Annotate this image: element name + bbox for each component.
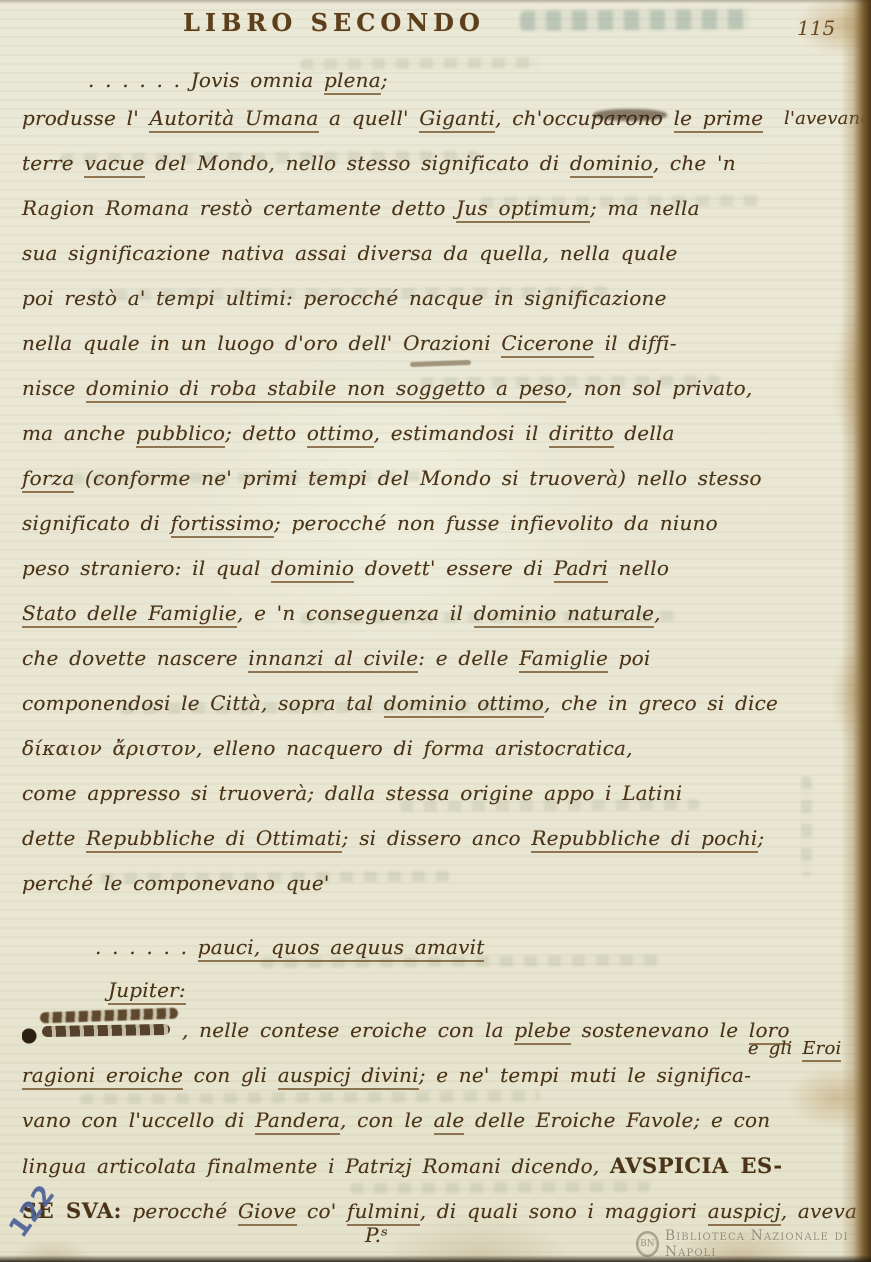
folio-number: 115	[797, 16, 835, 40]
text-run: nello	[608, 556, 669, 580]
text-run: dominio ottimo	[384, 691, 544, 718]
manuscript-line: ragioni eroiche con gli auspicj divini; …	[22, 1053, 822, 1098]
manuscript-line: , nelle contese eroiche con la plebe sos…	[22, 1008, 822, 1053]
epigraph-pauci: . . . . . . pauci, quos aequus amavit	[95, 925, 484, 970]
text-run: AVSPICIA ES-	[610, 1153, 783, 1178]
text-run: e gli	[748, 1038, 802, 1059]
text-run: componendosi le Città, sopra tal	[22, 691, 384, 715]
text-run: Autorità Umana	[149, 106, 318, 133]
text-run: sostenevano le	[571, 1018, 749, 1042]
manuscript-line: forza (conforme ne' primi tempi del Mond…	[22, 456, 812, 501]
manuscript-line: terre vacue del Mondo, nello stesso sign…	[22, 141, 812, 186]
text-run: dominio di roba stabile non soggetto a p…	[86, 376, 566, 403]
text-run: ottimo	[307, 421, 374, 448]
text-run: , che 'n	[653, 151, 736, 175]
text-run: nisce	[22, 376, 86, 400]
text-run: Jus optimum	[456, 196, 590, 223]
text-run: dette	[22, 826, 86, 850]
text-run: Giganti	[419, 106, 495, 133]
manuscript-line: sua significazione nativa assai diversa …	[22, 231, 812, 276]
scan-edge-top	[0, 0, 871, 4]
manuscript-line: SE SVA: perocché Giove co' fulmini, di q…	[22, 1188, 822, 1233]
text-run: plebe	[514, 1018, 571, 1045]
text-run: dominio	[271, 556, 354, 583]
manuscript-line: . . . . . . pauci, quos aequus amavit	[95, 925, 484, 970]
text-run: dominio naturale	[474, 601, 655, 628]
manuscript-line: Jupiter:	[108, 968, 186, 1013]
text-run: delle Eroiche Favole; e con	[464, 1108, 770, 1132]
text-run: occuparono	[542, 106, 663, 130]
manuscript-line: δίκαιον ἄριστον, elleno nacquero di form…	[22, 726, 812, 771]
epigraph-jupiter: Jupiter:	[108, 968, 186, 1013]
text-run: poi restò a' tempi ultimi: perocché nacq…	[22, 286, 667, 310]
text-run: ,	[654, 601, 661, 625]
manuscript-line: peso straniero: il qual dominio dovett' …	[22, 546, 812, 591]
text-run: innanzi al civile	[248, 646, 418, 673]
text-run: della	[614, 421, 675, 445]
text-run: Orazioni	[403, 331, 491, 355]
text-run: pauci, quos aequus amavit	[198, 935, 485, 962]
text-run: ;	[381, 68, 388, 92]
text-run: Jupiter:	[108, 978, 186, 1005]
text-run: , con le	[340, 1108, 434, 1132]
margin-note-eroi: e gli Eroi	[748, 1026, 841, 1071]
text-run: . . . . . .	[95, 935, 198, 959]
text-run: ; si dissero anco	[342, 826, 532, 850]
text-run: produsse l'	[22, 106, 149, 130]
text-run: del Mondo, nello stesso significato di	[145, 151, 570, 175]
text-run: perché le componevano que'	[22, 871, 330, 895]
text-run: significato di	[22, 511, 171, 535]
text-run: . . . . . . Jovis omnia	[88, 68, 324, 92]
text-run: lingua articolata finalmente i Patrizj R…	[22, 1154, 610, 1178]
text-run: ; e ne' tempi muti le significa-	[419, 1063, 751, 1087]
text-run: vano con l'uccello di	[22, 1108, 255, 1132]
text-run: , e 'n conseguenza il	[237, 601, 474, 625]
manuscript-line: Stato delle Famiglie, e 'n conseguenza i…	[22, 591, 812, 636]
page-title: LIBRO SECONDO	[183, 8, 485, 37]
text-run: , elleno nacquero di forma aristocratica…	[196, 736, 633, 760]
catchword: P.ˢ	[365, 1213, 388, 1258]
text-run: ale	[434, 1108, 465, 1135]
library-logo-monogram: BN	[640, 1239, 655, 1249]
manuscript-line: Ragion Romana restò certamente detto Jus…	[22, 186, 812, 231]
text-run: terre	[22, 151, 84, 175]
text-run: Famiglie	[519, 646, 608, 673]
manuscript-line: dette Repubbliche di Ottimati; si disser…	[22, 816, 812, 861]
text-run: ma anche	[22, 421, 136, 445]
text-run: (conforme ne' primi tempi del Mondo si t…	[74, 466, 761, 490]
manuscript-line: significato di fortissimo; perocché non …	[22, 501, 812, 546]
text-run: Ragion Romana restò certamente detto	[22, 196, 456, 220]
text-run: vacue	[84, 151, 144, 178]
text-run: : e delle	[418, 646, 519, 670]
text-run: Cicerone	[501, 331, 594, 358]
scan-edge-bottom	[0, 1255, 871, 1262]
text-run: Repubbliche di Ottimati	[86, 826, 342, 853]
manuscript-line: nisce dominio di roba stabile non sogget…	[22, 366, 812, 411]
text-run: , che in greco si dice	[544, 691, 778, 715]
manuscript-page: LIBRO SECONDO 115 . . . . . . Jovis omni…	[0, 0, 871, 1262]
text-run: δίκαιον ἄριστον	[22, 736, 196, 760]
text-run: , nelle contese eroiche con la	[182, 1018, 514, 1042]
text-run: perocché	[122, 1199, 238, 1223]
text-run: Pandera	[255, 1108, 340, 1135]
text-run: dovett' essere di	[354, 556, 554, 580]
text-run: pubblico	[136, 421, 225, 448]
text-run: , ch'	[495, 106, 542, 130]
manuscript-line: ma anche pubblico; detto ottimo, estiman…	[22, 411, 812, 456]
text-run: peso straniero: il qual	[22, 556, 271, 580]
text-run: , di quali sono i maggiori	[420, 1199, 708, 1223]
manuscript-line: lingua articolata finalmente i Patrizj R…	[22, 1143, 822, 1188]
text-run: diritto	[549, 421, 614, 448]
text-run	[491, 331, 502, 355]
text-run: Eroi	[802, 1038, 841, 1062]
manuscript-line: nella quale in un luogo d'oro dell' Oraz…	[22, 321, 812, 366]
manuscript-line: e gli Eroi	[748, 1026, 841, 1071]
text-run: le prime	[674, 106, 764, 133]
text-run: fortissimo	[171, 511, 274, 538]
manuscript-line: produsse l' Autorità Umana a quell' Giga…	[22, 96, 812, 141]
manuscript-line: componendosi le Città, sopra tal dominio…	[22, 681, 812, 726]
text-run: Giove	[238, 1199, 297, 1226]
text-run: sua significazione nativa assai diversa …	[22, 241, 678, 265]
text-run: come appresso si truoverà; dalla stessa …	[22, 781, 682, 805]
paragraph-1: produsse l' Autorità Umana a quell' Giga…	[22, 96, 812, 906]
text-run: forza	[22, 466, 74, 493]
text-run: co'	[297, 1199, 347, 1223]
text-run: a quell'	[319, 106, 420, 130]
text-run: poi	[608, 646, 650, 670]
text-run: Padri	[554, 556, 608, 583]
text-run: ; perocché non fusse infievolito da niun…	[274, 511, 718, 535]
manuscript-line: che dovette nascere innanzi al civile: e…	[22, 636, 812, 681]
text-run	[663, 106, 674, 130]
text-run: auspicj	[708, 1199, 781, 1226]
text-run: dominio	[570, 151, 653, 178]
manuscript-line: poi restò a' tempi ultimi: perocché nacq…	[22, 276, 812, 321]
text-run: Repubbliche di pochi	[531, 826, 757, 853]
text-run: che dovette nascere	[22, 646, 248, 670]
show-through-text	[520, 9, 750, 31]
page-edge	[841, 0, 871, 1262]
text-run: ; detto	[225, 421, 307, 445]
text-run: ;	[758, 826, 765, 850]
crossed-out-scribble	[22, 1018, 180, 1046]
text-run: il diffi-	[594, 331, 677, 355]
text-run: ragioni eroiche	[22, 1063, 183, 1090]
text-run: , estimandosi il	[374, 421, 549, 445]
paragraph-2: , nelle contese eroiche con la plebe sos…	[22, 1008, 822, 1233]
text-run: ; ma nella	[590, 196, 700, 220]
text-run: plena	[324, 68, 381, 95]
manuscript-line: vano con l'uccello di Pandera, con le al…	[22, 1098, 822, 1143]
text-run: nella quale in un luogo d'oro dell'	[22, 331, 403, 355]
manuscript-line: perché le componevano que'	[22, 861, 812, 906]
text-run: auspicj divini	[278, 1063, 419, 1090]
library-logo-icon: BN	[636, 1231, 659, 1257]
text-run: Stato delle Famiglie	[22, 601, 237, 628]
manuscript-line: come appresso si truoverà; dalla stessa …	[22, 771, 812, 816]
text-run: , non sol privato,	[566, 376, 752, 400]
text-run: con gli	[183, 1063, 278, 1087]
